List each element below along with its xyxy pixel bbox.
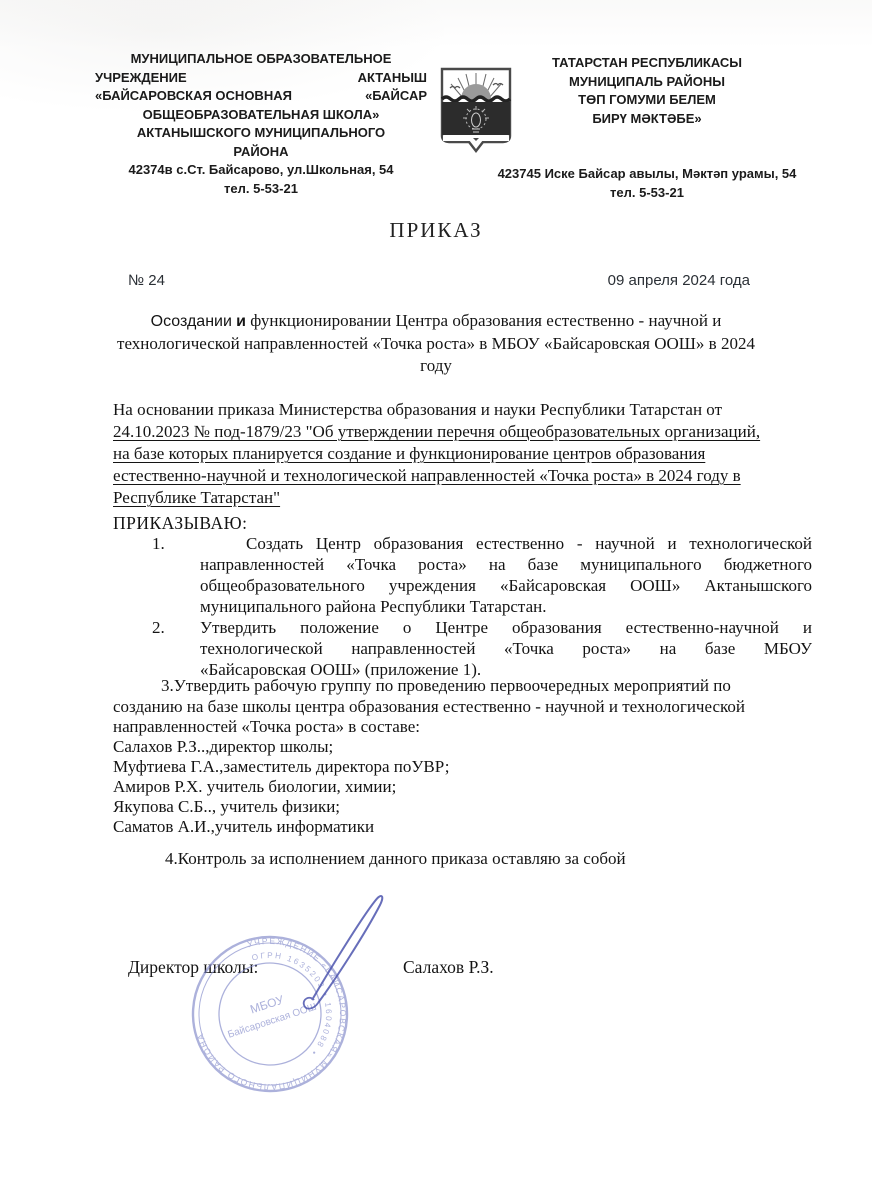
order-items: 1. Создать Центр образования естественно… xyxy=(152,533,812,680)
member-line: Муфтиева Г.А.,заместитель директора поУВ… xyxy=(113,757,713,777)
stamp-center-line1: МБОУ xyxy=(248,992,285,1016)
document-title: ПРИКАЗ xyxy=(0,218,872,243)
stamp-ring-outer-text: УЧРЕЖДЕНИЕ «БАЙСАРОВСКАЯ» МУНИЦИПАЛЬНОГО… xyxy=(172,915,370,1112)
letterhead-line: АКТАНЫШСКОГО МУНИЦИПАЛЬНОГО xyxy=(95,124,427,143)
member-line: Салахов Р.З..,директор школы; xyxy=(113,737,713,757)
member-line: Амиров Р.Х. учитель биологии, химии; xyxy=(113,777,713,797)
letterhead-line: УЧРЕЖДЕНИЕ АКТАНЫШ xyxy=(95,69,427,88)
working-group-list: Салахов Р.З..,директор школы; Муфтиева Г… xyxy=(113,737,713,837)
letterhead-line: БИРҮ МӘКТӘБЕ» xyxy=(462,110,832,129)
letterhead-russian: МУНИЦИПАЛЬНОЕ ОБРАЗОВАТЕЛЬНОЕ УЧРЕЖДЕНИЕ… xyxy=(95,50,427,198)
member-line: Якупова С.Б.., учитель физики; xyxy=(113,797,713,817)
signature-role: Директор школы: xyxy=(128,957,258,977)
letterhead-line: МУНИЦИПАЛЬ РАЙОНЫ xyxy=(462,73,832,92)
basis-line-underlined: естественно-научной и технологической на… xyxy=(113,465,827,487)
item-number: 2. xyxy=(152,617,200,680)
basis-line-underlined: 24.10.2023 № под-1879/23 "Об утверждении… xyxy=(113,421,827,443)
order-number: № 24 xyxy=(128,272,165,289)
signature-name: Салахов Р.З. xyxy=(403,957,494,978)
letterhead-phone: тел. 5-53-21 xyxy=(462,184,832,203)
letterhead-address: 423745 Иске Байсар авылы, Мәктәп урамы, … xyxy=(462,165,832,184)
stamp-ring-inner-text: ОГРН 1635203 • 1604088 • xyxy=(250,934,347,1067)
subject-line: технологической направленностей «Точка р… xyxy=(100,333,772,355)
subject-line: году xyxy=(100,355,772,377)
svg-text:УЧРЕЖДЕНИЕ «БАЙСАРОВСКАЯ» МУНИ: УЧРЕЖДЕНИЕ «БАЙСАРОВСКАЯ» МУНИЦИПАЛЬНОГО… xyxy=(172,915,370,1112)
letterhead-line: «БАЙСАРОВСКАЯ ОСНОВНАЯ «БАЙСАР xyxy=(95,87,427,106)
letterhead-line: ТӨП ГОМУМИ БЕЛЕМ xyxy=(462,91,832,110)
basis-line-underlined: на базе которых планируется создание и ф… xyxy=(113,443,827,465)
basis-line: На основании приказа Министерства образо… xyxy=(113,399,827,421)
order-item-4: 4.Контроль за исполнением данного приказ… xyxy=(165,849,785,869)
basis-line-underlined: Республике Татарстан" xyxy=(113,487,827,509)
order-date: 09 апреля 2024 года xyxy=(608,272,750,289)
item-number: 1. xyxy=(152,533,200,617)
subject-line: Осоздании и функционировании Центра обра… xyxy=(100,310,772,333)
item-text: Создать Центр образования естественно - … xyxy=(200,533,812,617)
svg-text:ОГРН 1635203 • 1604088 •: ОГРН 1635203 • 1604088 • xyxy=(250,934,347,1067)
order-item-1: 1. Создать Центр образования естественно… xyxy=(152,533,812,617)
official-stamp: УЧРЕЖДЕНИЕ «БАЙСАРОВСКАЯ» МУНИЦИПАЛЬНОГО… xyxy=(170,878,440,1118)
order-basis: На основании приказа Министерства образо… xyxy=(113,399,827,534)
scanned-order-document: МУНИЦИПАЛЬНОЕ ОБРАЗОВАТЕЛЬНОЕ УЧРЕЖДЕНИЕ… xyxy=(0,0,872,1200)
signature-stroke xyxy=(304,896,383,1009)
letterhead-line: ОБЩЕОБРАЗОВАТЕЛЬНАЯ ШКОЛА» xyxy=(95,106,427,125)
stamp-center-line2: Байсаровская ООШ xyxy=(227,1002,319,1041)
letterhead-phone: тел. 5-53-21 xyxy=(95,180,427,199)
item-text: Утвердить положение о Центре образования… xyxy=(200,617,812,680)
order-item-3: 3.Утвердить рабочую группу по проведению… xyxy=(113,676,789,738)
letterhead-line: ТАТАРСТАН РЕСПУБЛИКАСЫ xyxy=(462,54,832,73)
letterhead-line: МУНИЦИПАЛЬНОЕ ОБРАЗОВАТЕЛЬНОЕ xyxy=(95,50,427,69)
member-line: Саматов А.И.,учитель информатики xyxy=(113,817,713,837)
letterhead-line: РАЙОНА xyxy=(95,143,427,162)
resolve-word: ПРИКАЗЫВАЮ: xyxy=(113,512,827,534)
letterhead-address: 42374в с.Ст. Байсарово, ул.Школьная, 54 xyxy=(95,161,427,180)
order-item-2: 2. Утвердить положение о Центре образова… xyxy=(152,617,812,680)
signature-row: Директор школы: Салахов Р.З. xyxy=(128,957,688,978)
letterhead-tatar: ТАТАРСТАН РЕСПУБЛИКАСЫ МУНИЦИПАЛЬ РАЙОНЫ… xyxy=(462,54,832,202)
order-subject: Осоздании и функционировании Центра обра… xyxy=(100,310,772,377)
order-meta: № 24 09 апреля 2024 года xyxy=(128,272,750,289)
